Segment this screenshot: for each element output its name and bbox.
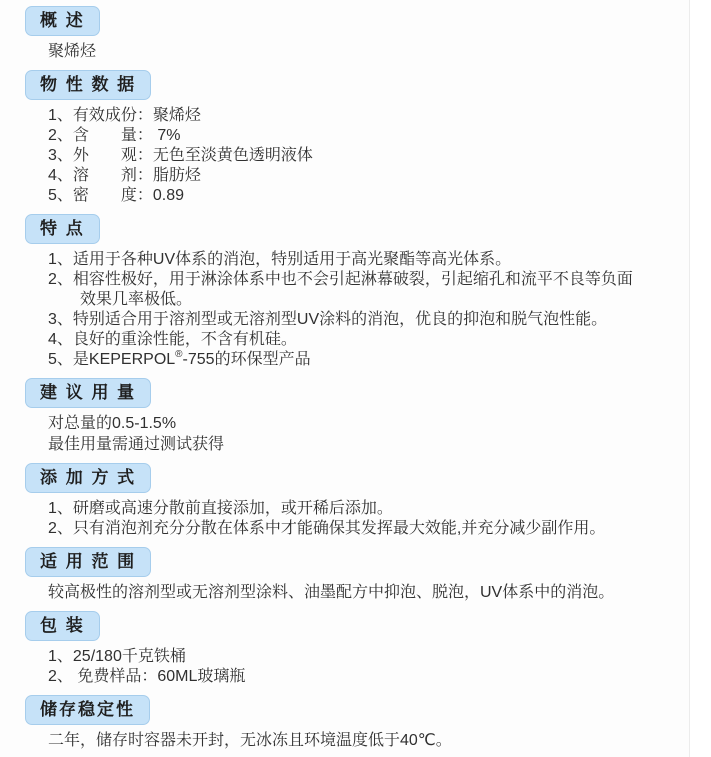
packaging-item: 2、 免费样品：60ML玻璃瓶 (48, 667, 648, 687)
section-application-range: 适 用 范 围 较高极性的溶剂型或无溶剂型涂料、油墨配方中抑泡、脱泡，UV体系中… (0, 547, 689, 603)
storage-stability-text: 二年，储存时容器未开封，无冰冻且环境温度低于40℃。 (48, 731, 648, 751)
section-addition-method: 添 加 方 式 1、研磨或高速分散前直接添加，或开稀后添加。 2、只有消泡剂充分… (0, 463, 689, 539)
section-features-body: 1、适用于各种UV体系的消泡，特别适用于高光聚酯等高光体系。 2、相容性极好，用… (48, 250, 648, 370)
section-packaging-title: 包 装 (25, 611, 100, 641)
section-storage-stability-title: 储存稳定性 (25, 695, 150, 725)
physical-data-item: 2、含 量： 7% (48, 126, 648, 146)
registered-trademark-symbol: ® (175, 349, 182, 360)
section-features-title: 特 点 (25, 214, 100, 244)
section-application-range-title: 适 用 范 围 (25, 547, 151, 577)
section-features: 特 点 1、适用于各种UV体系的消泡，特别适用于高光聚酯等高光体系。 2、相容性… (0, 214, 689, 370)
overview-text: 聚烯烃 (48, 42, 648, 62)
section-overview-title: 概 述 (25, 6, 100, 36)
section-storage-stability-body: 二年，储存时容器未开封，无冰冻且环境温度低于40℃。 (48, 731, 648, 751)
feature-item-text: 5、是KEPERPOL (48, 351, 175, 368)
addition-method-item: 2、只有消泡剂充分分散在体系中才能确保其发挥最大效能,并充分减少副作用。 (48, 519, 648, 539)
dosage-text: 对总量的0.5-1.5% (48, 414, 648, 434)
section-physical-data-body: 1、有效成份：聚烯烃 2、含 量： 7% 3、外 观：无色至淡黄色透明液体 4、… (48, 106, 648, 206)
section-recommended-dosage-body: 对总量的0.5-1.5% 最佳用量需通过测试获得 (48, 414, 648, 455)
section-storage-stability: 储存稳定性 二年，储存时容器未开封，无冰冻且环境温度低于40℃。 (0, 695, 689, 751)
packaging-item: 1、25/180千克铁桶 (48, 647, 648, 667)
physical-data-item: 5、密 度：0.89 (48, 186, 648, 206)
application-range-text: 较高极性的溶剂型或无溶剂型涂料、油墨配方中抑泡、脱泡，UV体系中的消泡。 (48, 583, 648, 603)
section-packaging-body: 1、25/180千克铁桶 2、 免费样品：60ML玻璃瓶 (48, 647, 648, 687)
addition-method-item: 1、研磨或高速分散前直接添加，或开稀后添加。 (48, 499, 648, 519)
feature-item: 4、良好的重涂性能，不含有机硅。 (48, 330, 648, 350)
section-addition-method-body: 1、研磨或高速分散前直接添加，或开稀后添加。 2、只有消泡剂充分分散在体系中才能… (48, 499, 648, 539)
feature-item: 3、特别适合用于溶剂型或无溶剂型UV涂料的消泡，优良的抑泡和脱气泡性能。 (48, 310, 648, 330)
section-overview: 概 述 聚烯烃 (0, 6, 689, 62)
feature-item: 1、适用于各种UV体系的消泡，特别适用于高光聚酯等高光体系。 (48, 250, 648, 270)
physical-data-item: 3、外 观：无色至淡黄色透明液体 (48, 146, 648, 166)
feature-item: 2、相容性极好，用于淋涂体系中也不会引起淋幕破裂，引起缩孔和流平不良等负面效果几… (48, 270, 648, 310)
section-packaging: 包 装 1、25/180千克铁桶 2、 免费样品：60ML玻璃瓶 (0, 611, 689, 687)
feature-item-text: -755的环保型产品 (183, 351, 311, 368)
section-application-range-body: 较高极性的溶剂型或无溶剂型涂料、油墨配方中抑泡、脱泡，UV体系中的消泡。 (48, 583, 648, 603)
section-physical-data-title: 物 性 数 据 (25, 70, 151, 100)
physical-data-item: 4、溶 剂：脂肪烃 (48, 166, 648, 186)
dosage-text: 最佳用量需通过测试获得 (48, 435, 648, 455)
physical-data-item: 1、有效成份：聚烯烃 (48, 106, 648, 126)
section-recommended-dosage: 建 议 用 量 对总量的0.5-1.5% 最佳用量需通过测试获得 (0, 378, 689, 455)
product-datasheet: 概 述 聚烯烃 物 性 数 据 1、有效成份：聚烯烃 2、含 量： 7% 3、外… (0, 0, 690, 757)
section-overview-body: 聚烯烃 (48, 42, 648, 62)
section-physical-data: 物 性 数 据 1、有效成份：聚烯烃 2、含 量： 7% 3、外 观：无色至淡黄… (0, 70, 689, 206)
section-addition-method-title: 添 加 方 式 (25, 463, 151, 493)
feature-item: 5、是KEPERPOL®-755的环保型产品 (48, 350, 648, 370)
section-recommended-dosage-title: 建 议 用 量 (25, 378, 151, 408)
